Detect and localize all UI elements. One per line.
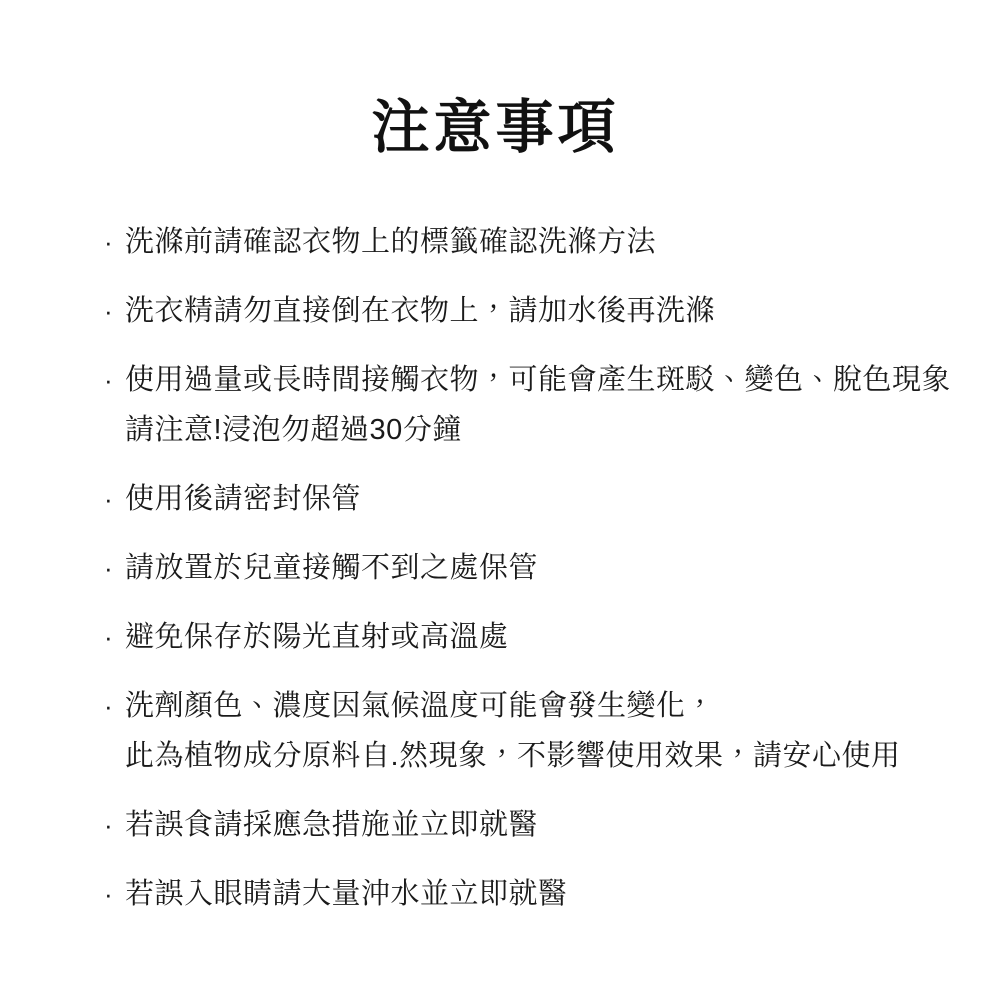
bullet-dot: · (104, 217, 125, 267)
notice-line: 洗衣精請勿直接倒在衣物上，請加水後再洗滌 (125, 286, 927, 336)
item-lines: 避免保存於陽光直射或高溫處 (125, 612, 927, 662)
item-lines: 洗衣精請勿直接倒在衣物上，請加水後再洗滌 (125, 286, 927, 336)
page-title: 注意事項 (0, 0, 991, 165)
item-lines: 若誤入眼睛請大量沖水並立即就醫 (125, 869, 927, 919)
notice-line: 避免保存於陽光直射或高溫處 (125, 612, 927, 662)
notice-item: · 洗滌前請確認衣物上的標籤確認洗滌方法 (104, 217, 927, 267)
bullet-dot: · (104, 286, 125, 336)
item-lines: 使用後請密封保管 (125, 474, 927, 524)
notice-item: · 避免保存於陽光直射或高溫處 (104, 612, 927, 662)
bullet-dot: · (104, 869, 125, 919)
notice-line: 洗劑顏色、濃度因氣候溫度可能會發生變化， (125, 681, 927, 731)
notice-line: 此為植物成分原料自.然現象，不影響使用效果，請安心使用 (125, 731, 927, 781)
bullet-dot: · (104, 543, 125, 593)
notice-line: 請注意!浸泡勿超過30分鐘 (125, 405, 927, 455)
notice-item: · 使用後請密封保管 (104, 474, 927, 524)
notice-line: 若誤食請採應急措施並立即就醫 (125, 800, 927, 850)
item-lines: 請放置於兒童接觸不到之處保管 (125, 543, 927, 593)
item-lines: 洗滌前請確認衣物上的標籤確認洗滌方法 (125, 217, 927, 267)
notice-line: 洗滌前請確認衣物上的標籤確認洗滌方法 (125, 217, 927, 267)
notice-item: · 若誤入眼睛請大量沖水並立即就醫 (104, 869, 927, 919)
notice-page: 注意事項 · 洗滌前請確認衣物上的標籤確認洗滌方法 · 洗衣精請勿直接倒在衣物上… (0, 0, 991, 991)
notice-item: · 洗衣精請勿直接倒在衣物上，請加水後再洗滌 (104, 286, 927, 336)
item-lines: 若誤食請採應急措施並立即就醫 (125, 800, 927, 850)
notice-line: 請放置於兒童接觸不到之處保管 (125, 543, 927, 593)
bullet-dot: · (104, 800, 125, 850)
bullet-dot: · (104, 681, 125, 731)
bullet-dot: · (104, 474, 125, 524)
notice-line: 使用後請密封保管 (125, 474, 927, 524)
notice-item: · 使用過量或長時間接觸衣物，可能會產生斑駁、變色、脫色現象請注意!浸泡勿超過3… (104, 355, 927, 455)
item-lines: 洗劑顏色、濃度因氣候溫度可能會發生變化，此為植物成分原料自.然現象，不影響使用效… (125, 681, 927, 781)
notice-line: 若誤入眼睛請大量沖水並立即就醫 (125, 869, 927, 919)
notice-item: · 洗劑顏色、濃度因氣候溫度可能會發生變化，此為植物成分原料自.然現象，不影響使… (104, 681, 927, 781)
notice-item: · 若誤食請採應急措施並立即就醫 (104, 800, 927, 850)
notice-line: 使用過量或長時間接觸衣物，可能會產生斑駁、變色、脫色現象 (125, 355, 927, 405)
notice-item: · 請放置於兒童接觸不到之處保管 (104, 543, 927, 593)
item-lines: 使用過量或長時間接觸衣物，可能會產生斑駁、變色、脫色現象請注意!浸泡勿超過30分… (125, 355, 927, 455)
bullet-dot: · (104, 355, 125, 405)
bullet-dot: · (104, 612, 125, 662)
notice-list: · 洗滌前請確認衣物上的標籤確認洗滌方法 · 洗衣精請勿直接倒在衣物上，請加水後… (0, 217, 991, 919)
